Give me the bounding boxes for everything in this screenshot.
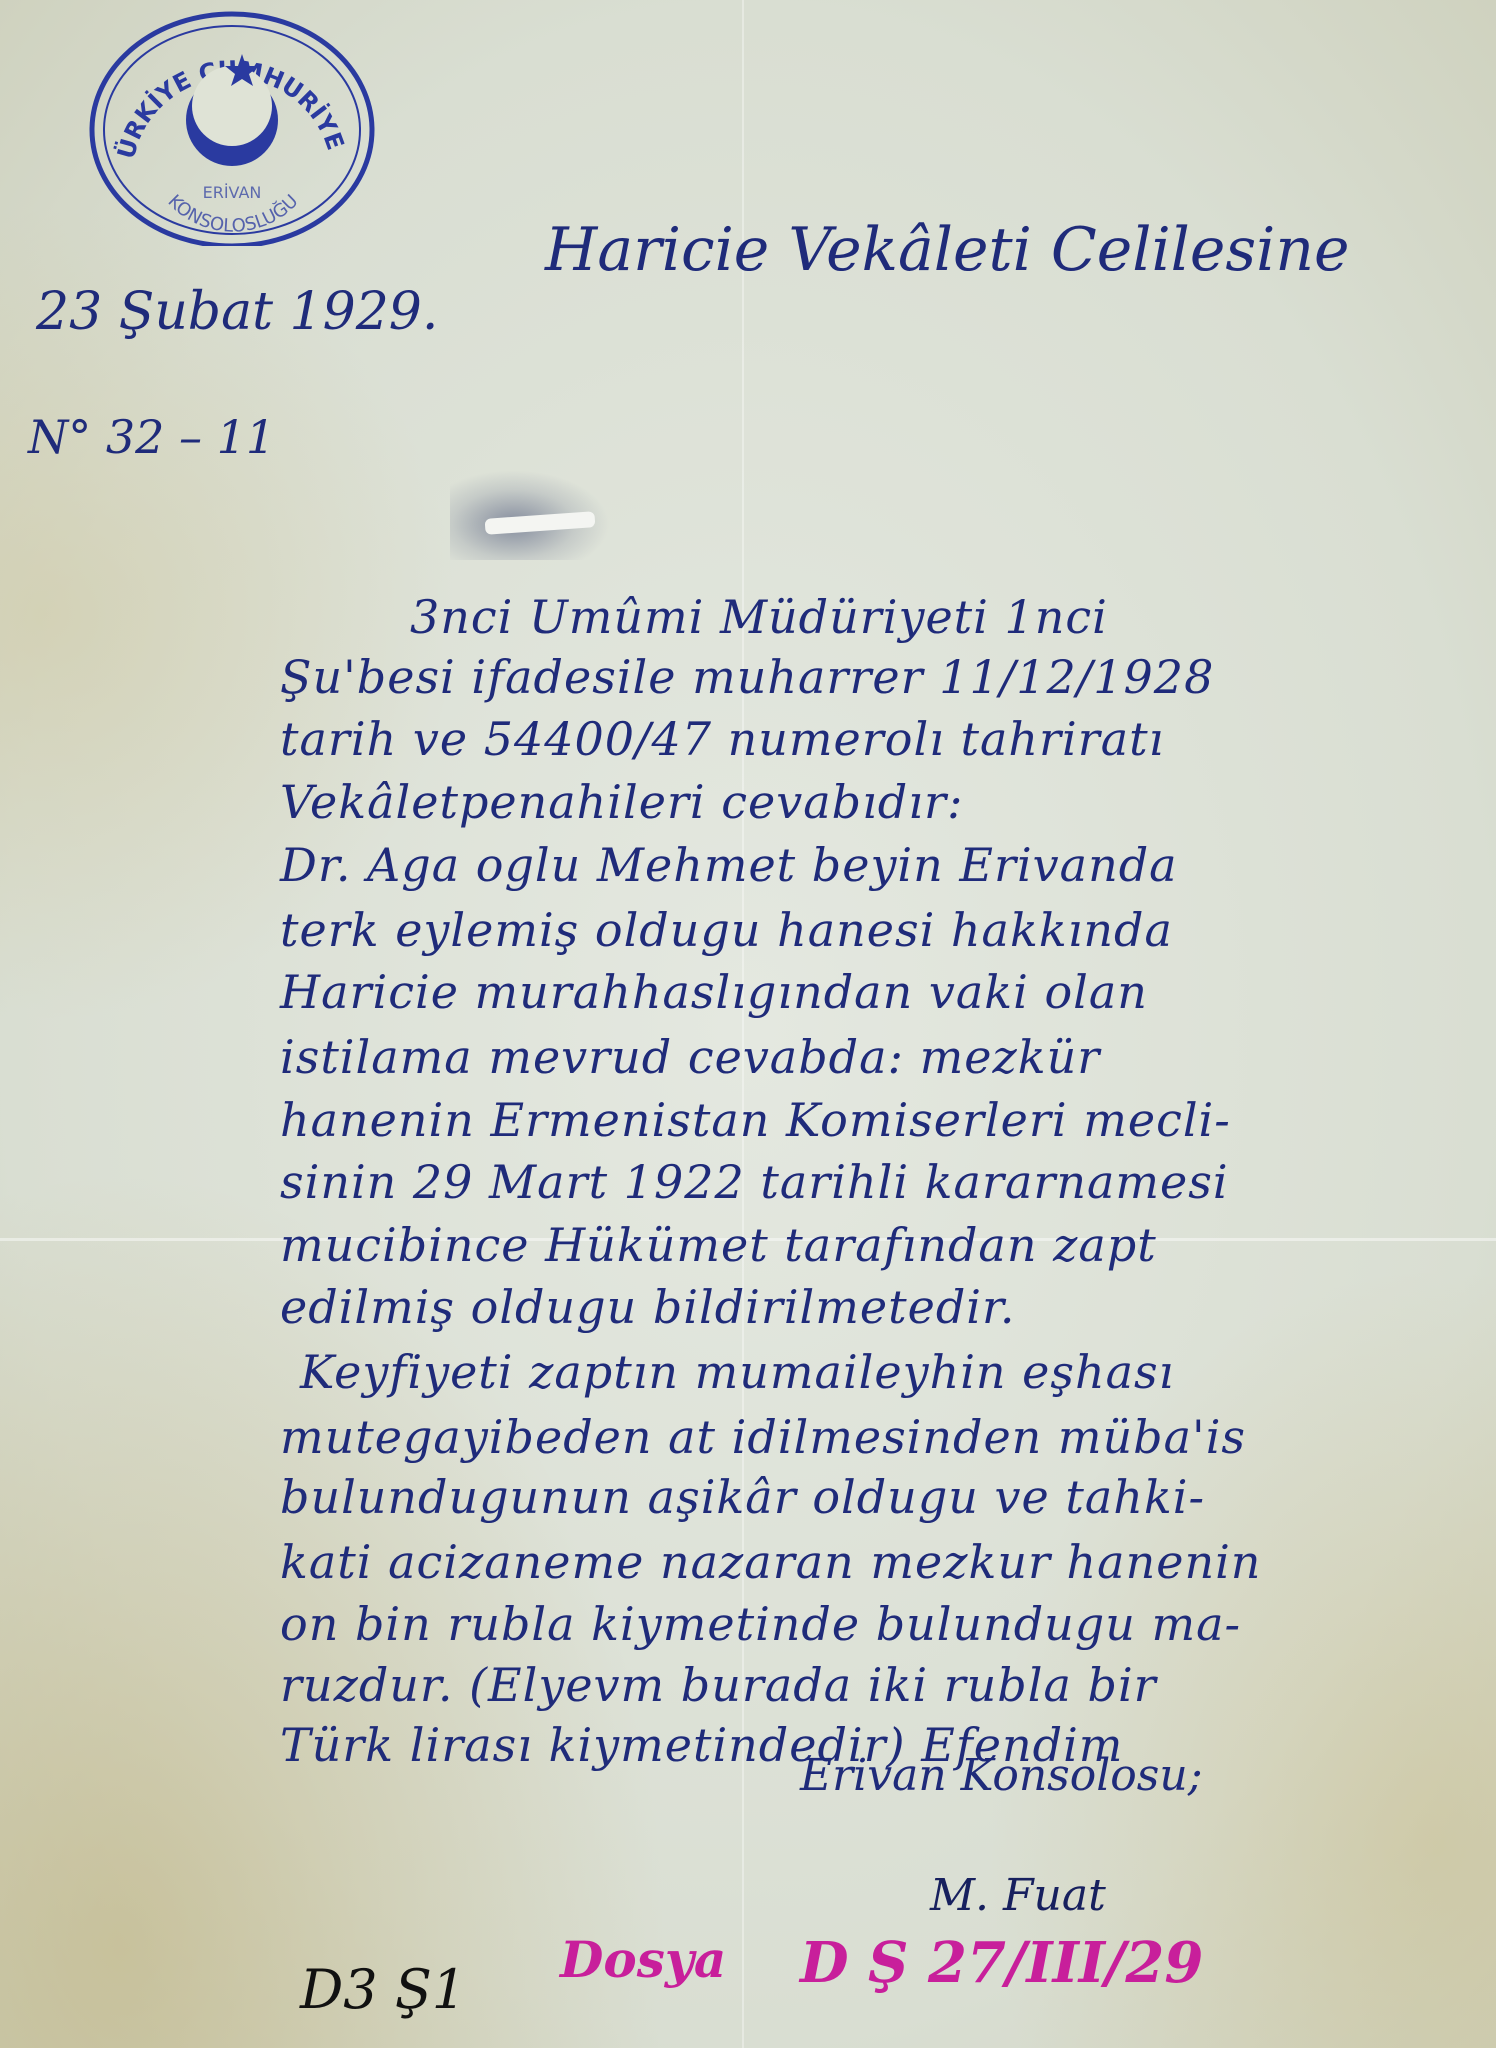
body-line: bulundugunun aşikâr oldugu ve tahki- [280, 1470, 1205, 1524]
letter-page: TÜRKİYE CUMHURİYETİ ERİVAN KONSOLOSLUĞU … [0, 0, 1496, 2048]
stamp-middle-text: ERİVAN [203, 183, 262, 202]
body-line: terk eylemiş oldugu hanesi hakkında [280, 903, 1173, 957]
reference-note: D3 Ş1 [300, 1958, 466, 2021]
body-line: istilama mevrud cevabda: mezkür [280, 1030, 1100, 1084]
stamp-seal: TÜRKİYE CUMHURİYETİ ERİVAN KONSOLOSLUĞU [82, 8, 382, 246]
body-line: mucibince Hükümet tarafından zapt [280, 1218, 1157, 1272]
body-line: hanenin Ermenistan Komiserleri mecli- [280, 1093, 1231, 1147]
body-line: sinin 29 Mart 1922 tarihli kararnamesi [280, 1155, 1229, 1209]
body-line: Vekâletpenahileri cevabıdır: [280, 775, 963, 829]
letter-number: N° 32 – 11 [28, 410, 275, 464]
dosya-annotation: Dosya [560, 1930, 726, 1989]
body-line: ruzdur. (Elyevm burada iki rubla bir [280, 1658, 1157, 1712]
body-line: on bin rubla kiymetinde bulundugu ma- [280, 1597, 1241, 1651]
filing-date-annotation: D Ş 27/III/29 [800, 1930, 1203, 1996]
body-line: Keyfiyeti zaptın mumaileyhin eşhası [300, 1345, 1174, 1399]
body-line: 3nci Umûmi Müdüriyeti 1nci [410, 590, 1108, 644]
body-line: kati acizaneme nazaran mezkur hanenin [280, 1535, 1261, 1589]
body-line: tarih ve 54400/47 numerolı tahriratı [280, 712, 1164, 766]
consulate-stamp: TÜRKİYE CUMHURİYETİ ERİVAN KONSOLOSLUĞU [82, 8, 382, 246]
body-line: Şu'besi ifadesile muharrer 11/12/1928 [280, 650, 1214, 704]
letter-date: 23 Şubat 1929. [36, 282, 438, 342]
addressee: Haricie Vekâleti Celilesine [545, 215, 1350, 285]
body-line: Haricie murahhaslıgından vaki olan [280, 965, 1148, 1019]
body-line: Dr. Aga oglu Mehmet beyin Erivanda [280, 838, 1178, 892]
signature: M. Fuat [930, 1870, 1106, 1921]
closing-title: Erivan Konsolosu; [800, 1750, 1203, 1801]
body-line: edilmiş oldugu bildirilmetedir. [280, 1280, 1016, 1334]
body-line: mutegayibeden at idilmesinden müba'is [280, 1410, 1246, 1464]
